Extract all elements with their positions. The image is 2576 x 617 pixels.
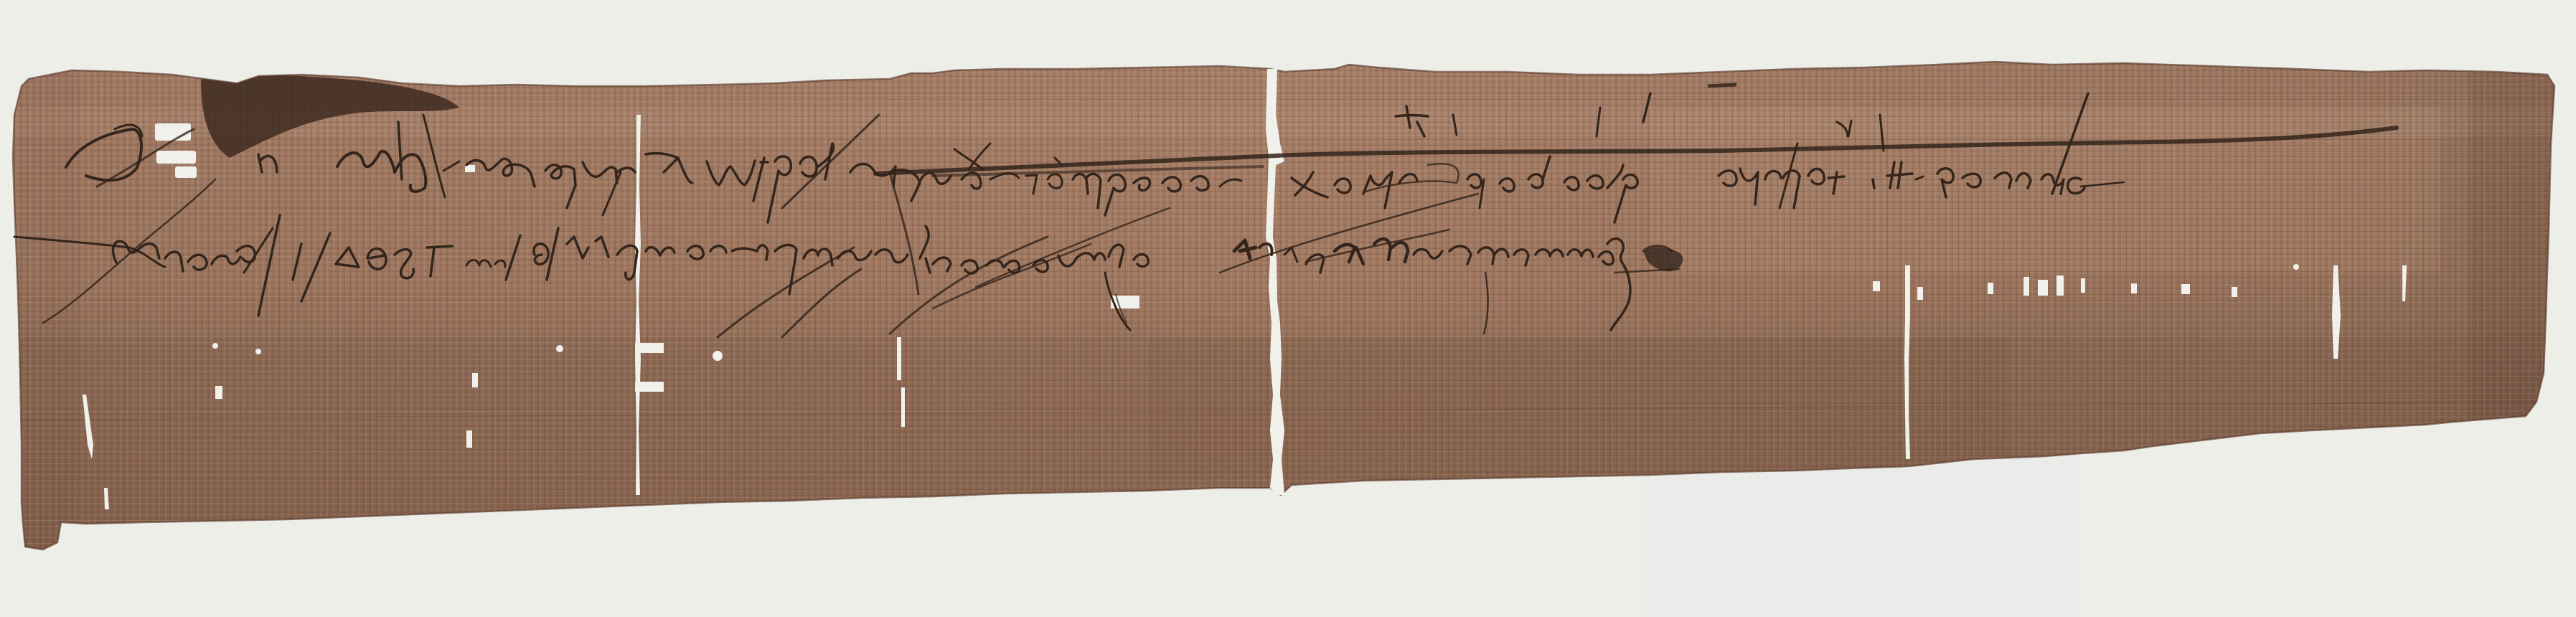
papyrus-fragment <box>0 0 2576 617</box>
photo-stage: Greek cursive documentary papyrus, two l… <box>0 0 2576 617</box>
